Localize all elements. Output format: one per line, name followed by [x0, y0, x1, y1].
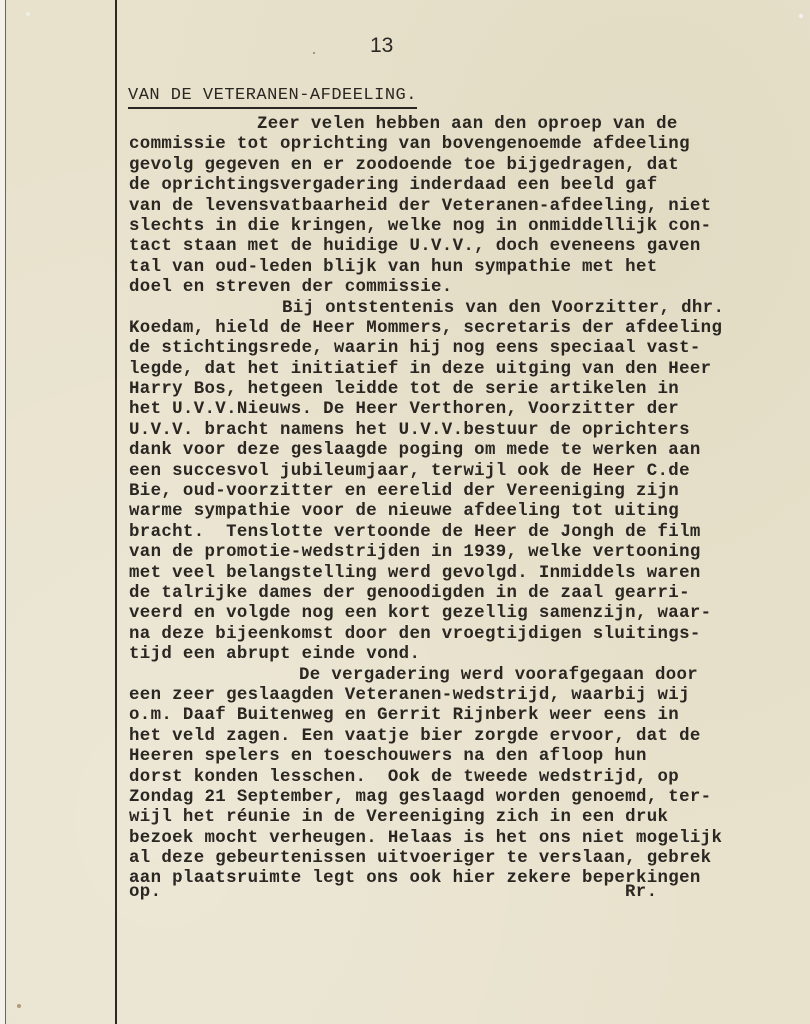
- text-line: doel en streven der commissie.: [129, 278, 809, 298]
- text-line: de stichtingsrede, waarin hij nog eens s…: [129, 339, 809, 359]
- text-line: Zeer velen hebben aan den oproep van de: [129, 115, 809, 135]
- author-signature: Rr.: [625, 883, 657, 902]
- paper-speck: [799, 14, 803, 18]
- text-line: dank voor deze geslaagde poging om mede …: [129, 441, 809, 461]
- text-line: van de promotie-wedstrijden in 1939, wel…: [129, 543, 809, 563]
- text-line: het veld zagen. Een vaatje bier zorgde e…: [129, 727, 809, 747]
- text-line: Bij ontstentenis van den Voorzitter, dhr…: [129, 299, 809, 319]
- text-line: slechts in die kringen, welke nog in onm…: [129, 217, 809, 237]
- text-line: dorst konden lesschen. Ook de tweede wed…: [129, 768, 809, 788]
- page-number: 13: [370, 34, 393, 58]
- text-line: na deze bijeenkomst door den vroegtijdig…: [129, 625, 809, 645]
- text-line: warme sympathie voor de nieuwe afdeeling…: [129, 502, 809, 522]
- text-line: U.V.V. bracht namens het U.V.V.bestuur d…: [129, 421, 809, 441]
- text-line: het U.V.V.Nieuws. De Heer Verthoren, Voo…: [129, 400, 809, 420]
- text-line: Koedam, hield de Heer Mommers, secretari…: [129, 319, 809, 339]
- paragraph: De vergadering werd voorafgegaan dooreen…: [129, 666, 809, 890]
- text-line: bracht. Tenslotte vertoonde de Heer de J…: [129, 523, 809, 543]
- text-line: met veel belangstelling werd gevolgd. In…: [129, 564, 809, 584]
- text-line: o.m. Daaf Buitenweg en Gerrit Rijnberk w…: [129, 706, 809, 726]
- paragraph: Zeer velen hebben aan den oproep van dec…: [129, 115, 809, 299]
- paper-speck: [17, 1004, 21, 1008]
- margin-rule-line: [115, 0, 117, 1024]
- text-line: tact staan met de huidige U.V.V., doch e…: [129, 237, 809, 257]
- text-line: een succesvol jubileumjaar, terwijl ook …: [129, 462, 809, 482]
- text-line: Zondag 21 September, mag geslaagd worden…: [129, 788, 809, 808]
- text-line: gevolg gegeven en er zoodoende toe bijge…: [129, 156, 809, 176]
- paper-speck: [26, 12, 30, 16]
- text-line: legde, dat het initiatief in deze uitgin…: [129, 360, 809, 380]
- text-line: van de levensvatbaarheid der Veteranen-a…: [129, 197, 809, 217]
- paragraph: Bij ontstentenis van den Voorzitter, dhr…: [129, 299, 809, 666]
- text-line: de oprichtingsvergadering inderdaad een …: [129, 176, 809, 196]
- text-line: wijl het réunie in de Vereeniging zich i…: [129, 808, 809, 828]
- text-line: bezoek mocht verheugen. Helaas is het on…: [129, 829, 809, 849]
- text-line: Heeren spelers en toeschouwers na den af…: [129, 747, 809, 767]
- text-line: tal van oud-leden blijk van hun sympathi…: [129, 258, 809, 278]
- page-edge: [0, 0, 6, 1024]
- text-line: tijd een abrupt einde vond.: [129, 645, 809, 665]
- text-line: De vergadering werd voorafgegaan door: [129, 666, 809, 686]
- paper-speck: [313, 52, 315, 54]
- closing-word: op.: [129, 883, 161, 902]
- document-page: 13 VAN DE VETERANEN-AFDEELING. Zeer vele…: [0, 0, 810, 1024]
- text-line: de talrijke dames der genoodigden in de …: [129, 584, 809, 604]
- text-line: commissie tot oprichting van bovengenoem…: [129, 135, 809, 155]
- text-line: Bie, oud-voorzitter en eerelid der Veree…: [129, 482, 809, 502]
- article-body: Zeer velen hebben aan den oproep van dec…: [129, 115, 809, 890]
- text-line: veerd en volgde nog een kort gezellig sa…: [129, 604, 809, 624]
- article-heading: VAN DE VETERANEN-AFDEELING.: [128, 86, 417, 109]
- text-line: Harry Bos, hetgeen leidde tot de serie a…: [129, 380, 809, 400]
- text-line: al deze gebeurtenissen uitvoeriger te ve…: [129, 849, 809, 869]
- text-line: een zeer geslaagden Veteranen-wedstrijd,…: [129, 686, 809, 706]
- article-signoff: op. Rr.: [129, 883, 809, 902]
